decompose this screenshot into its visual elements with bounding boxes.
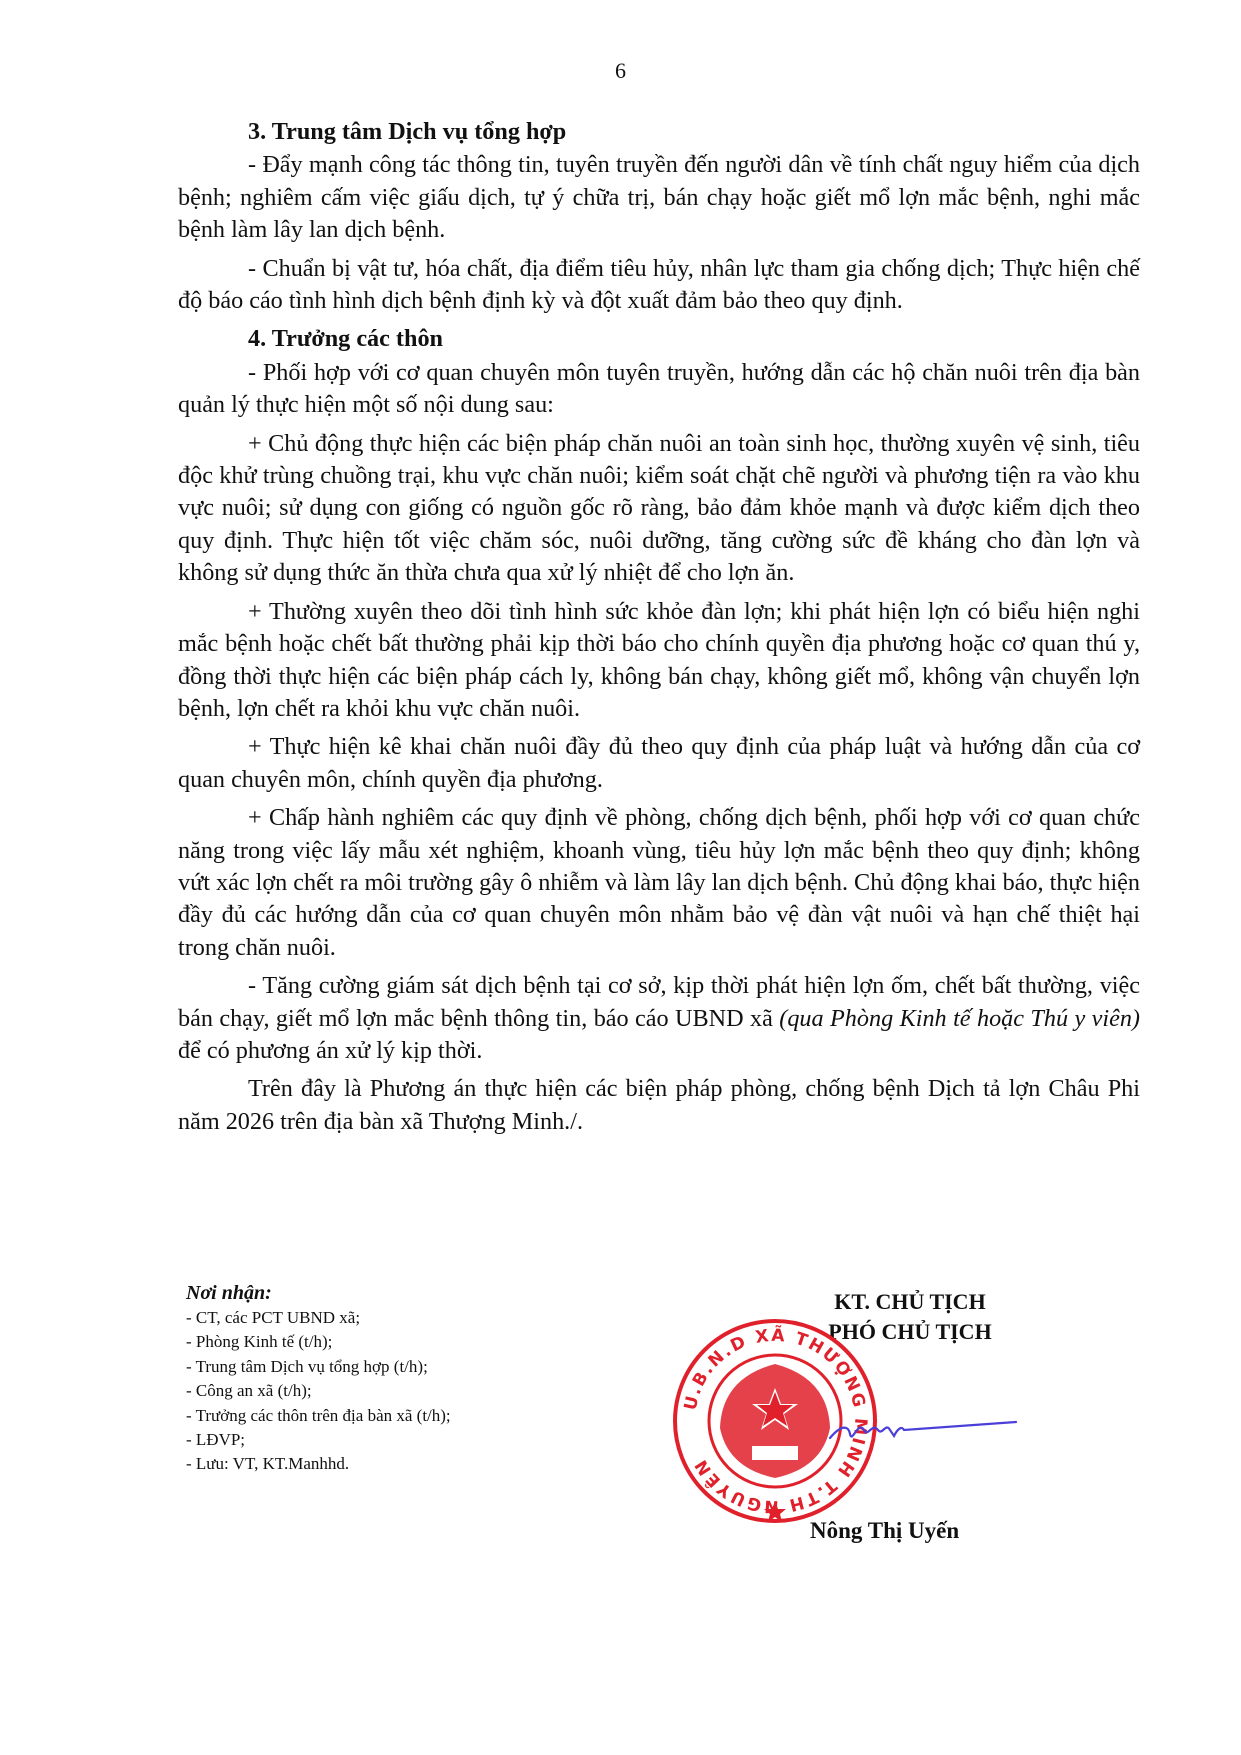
recipient-item: - LĐVP; [186, 1428, 451, 1452]
recipient-item: - Công an xã (t/h); [186, 1379, 451, 1403]
recipient-item: - Trưởng các thôn trên địa bàn xã (t/h); [186, 1404, 451, 1428]
recipients-block: Nơi nhận: - CT, các PCT UBND xã; - Phòng… [186, 1280, 451, 1477]
paragraph: - Tăng cường giám sát dịch bệnh tại cơ s… [178, 970, 1140, 1067]
signer-name: Nông Thị Uyến [810, 1518, 959, 1544]
paragraph: + Thường xuyên theo dõi tình hình sức kh… [178, 596, 1140, 726]
signature-scribble-icon [828, 1400, 1018, 1460]
paragraph: - Chuẩn bị vật tư, hóa chất, địa điểm ti… [178, 253, 1140, 318]
recipient-item: - Phòng Kinh tế (t/h); [186, 1330, 451, 1354]
section-heading-3: 3. Trung tâm Dịch vụ tổng hợp [178, 116, 1140, 148]
recipient-item: - CT, các PCT UBND xã; [186, 1306, 451, 1330]
paragraph: - Phối hợp với cơ quan chuyên môn tuyên … [178, 357, 1140, 422]
recipient-item: - Trung tâm Dịch vụ tổng hợp (t/h); [186, 1355, 451, 1379]
paragraph: + Chấp hành nghiêm các quy định về phòng… [178, 802, 1140, 964]
page-number: 6 [0, 58, 1241, 84]
signature-line-1: KT. CHỦ TỊCH [760, 1287, 1060, 1317]
section-heading-4: 4. Trưởng các thôn [178, 323, 1140, 355]
document-body: 3. Trung tâm Dịch vụ tổng hợp - Đẩy mạnh… [178, 116, 1140, 1144]
paragraph: - Đẩy mạnh công tác thông tin, tuyên tru… [178, 149, 1140, 246]
recipients-title: Nơi nhận: [186, 1280, 451, 1306]
closing-paragraph: Trên đây là Phương án thực hiện các biện… [178, 1073, 1140, 1138]
paragraph: + Thực hiện kê khai chăn nuôi đầy đủ the… [178, 731, 1140, 796]
recipient-item: - Lưu: VT, KT.Manhhd. [186, 1452, 451, 1476]
paragraph: + Chủ động thực hiện các biện pháp chăn … [178, 428, 1140, 590]
paragraph-tail: để có phương án xử lý kịp thời. [178, 1037, 482, 1064]
paragraph-italic: (qua Phòng Kinh tế hoặc Thú y viên) [779, 1005, 1140, 1032]
